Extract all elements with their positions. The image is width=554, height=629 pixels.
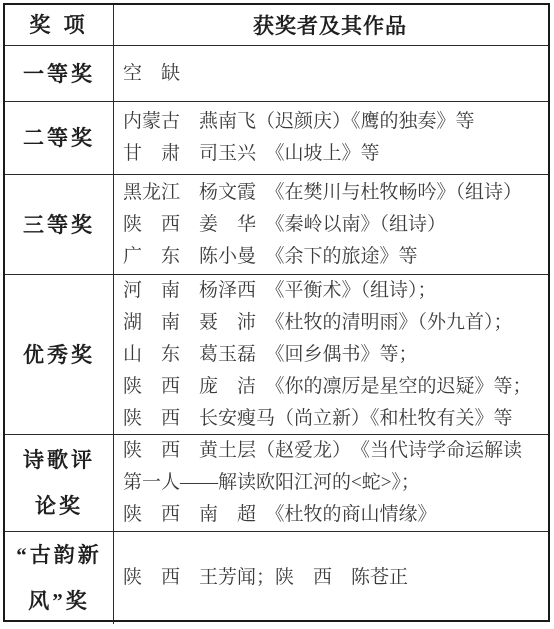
prize-label-line: 二等奖 — [23, 115, 95, 161]
winner-line: 内蒙古 燕南飞（迟颜庆）《鹰的独奏》等 — [123, 106, 546, 138]
excellence-prize-winners-cell: 河 南 杨泽西 《平衡术》（组诗）； 湖 南 聂 沛 《杜牧的清明雨》（外九首）… — [114, 275, 548, 434]
row-first-prize: 一等奖 空 缺 — [5, 46, 548, 102]
prize-label-line: “古韵新 — [16, 532, 102, 578]
second-prize-label: 二等奖 — [5, 102, 114, 174]
first-prize-label: 一等奖 — [5, 46, 114, 101]
prize-label-line: 论奖 — [35, 483, 83, 529]
winner-line: 广 东 陈小曼 《余下的旅途》等 — [123, 241, 546, 273]
ancient-rhyme-prize-label: “古韵新 风”奖 — [5, 532, 114, 624]
winner-line: 河 南 杨泽西 《平衡术》（组诗）； — [123, 275, 546, 307]
header-row: 奖 项 获奖者及其作品 — [5, 5, 548, 46]
winner-line: 陕 西 王芳闻；陕 西 陈苍正 — [123, 562, 546, 594]
winner-line: 第一人——解读欧阳江河的<蛇>》； — [123, 467, 546, 499]
awards-table: 奖 项 获奖者及其作品 一等奖 空 缺 二等奖 内蒙古 燕南飞（迟颜庆）《鹰的独… — [3, 3, 550, 622]
winner-line: 甘 肃 司玉兴 《山坡上》等 — [123, 138, 546, 170]
header-award-category-label: 奖 项 — [29, 2, 88, 48]
prize-label-line: 优秀奖 — [23, 332, 95, 378]
winner-line: 陕 西 黄土层（赵爱龙） 《当代诗学命运解读 — [123, 435, 546, 467]
ancient-rhyme-winners-cell: 陕 西 王芳闻；陕 西 陈苍正 — [114, 532, 548, 624]
row-poetry-criticism-prize: 诗歌评 论奖 陕 西 黄土层（赵爱龙） 《当代诗学命运解读 第一人——解读欧阳江… — [5, 435, 548, 532]
prize-label-line: 风”奖 — [28, 578, 90, 624]
prize-label-line: 三等奖 — [23, 202, 95, 248]
prize-label-line: 诗歌评 — [23, 437, 95, 483]
prize-label-line: 一等奖 — [23, 51, 95, 97]
row-ancient-rhyme-new-style-prize: “古韵新 风”奖 陕 西 王芳闻；陕 西 陈苍正 — [5, 532, 548, 624]
winner-line: 陕 西 姜 华 《秦岭以南》（组诗） — [123, 209, 546, 241]
winner-line: 黑龙江 杨文霞 《在樊川与杜牧畅吟》（组诗） — [123, 177, 546, 209]
row-second-prize: 二等奖 内蒙古 燕南飞（迟颜庆）《鹰的独奏》等 甘 肃 司玉兴 《山坡上》等 — [5, 102, 548, 175]
header-award-category: 奖 项 — [5, 5, 114, 45]
winner-line: 陕 西 庞 洁 《你的凛厉是星空的迟疑》等； — [123, 371, 546, 403]
second-prize-winners-cell: 内蒙古 燕南飞（迟颜庆）《鹰的独奏》等 甘 肃 司玉兴 《山坡上》等 — [114, 102, 548, 174]
row-third-prize: 三等奖 黑龙江 杨文霞 《在樊川与杜牧畅吟》（组诗） 陕 西 姜 华 《秦岭以南… — [5, 175, 548, 275]
third-prize-label: 三等奖 — [5, 175, 114, 274]
winner-line: 山 东 葛玉磊 《回乡偶书》等； — [123, 339, 546, 371]
excellence-prize-label: 优秀奖 — [5, 275, 114, 434]
poetry-criticism-winners-cell: 陕 西 黄土层（赵爱龙） 《当代诗学命运解读 第一人——解读欧阳江河的<蛇>》；… — [114, 435, 548, 531]
third-prize-winners-cell: 黑龙江 杨文霞 《在樊川与杜牧畅吟》（组诗） 陕 西 姜 华 《秦岭以南》（组诗… — [114, 175, 548, 274]
winner-line: 陕 西 南 超 《杜牧的商山情缘》 — [123, 499, 546, 531]
winner-line: 陕 西 长安瘦马（尚立新）《和杜牧有关》等 — [123, 403, 546, 435]
winner-line: 空 缺 — [123, 58, 546, 90]
winner-line: 湖 南 聂 沛 《杜牧的清明雨》（外九首）； — [123, 307, 546, 339]
poetry-criticism-prize-label: 诗歌评 论奖 — [5, 435, 114, 531]
page: 奖 项 获奖者及其作品 一等奖 空 缺 二等奖 内蒙古 燕南飞（迟颜庆）《鹰的独… — [0, 0, 554, 629]
row-excellence-prize: 优秀奖 河 南 杨泽西 《平衡术》（组诗）； 湖 南 聂 沛 《杜牧的清明雨》（… — [5, 275, 548, 435]
first-prize-winners-cell: 空 缺 — [114, 46, 548, 101]
header-winners-works-label: 获奖者及其作品 — [253, 10, 407, 40]
header-winners-works: 获奖者及其作品 — [114, 5, 548, 45]
